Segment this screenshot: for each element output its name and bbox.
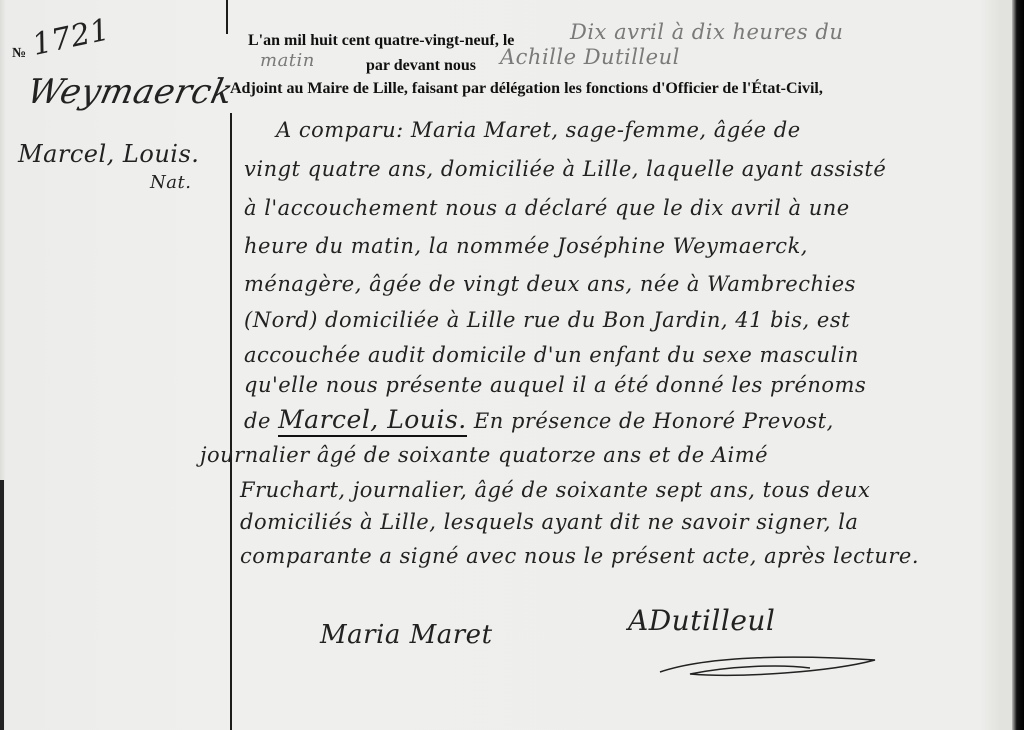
- header-line-1-printed: L'an mil huit cent quatre-vingt-neuf, le: [248, 32, 514, 50]
- body-line-8: qu'elle nous présente auquel il a été do…: [244, 373, 866, 397]
- body-line-2: vingt quatre ans, domiciliée à Lille, la…: [244, 157, 886, 181]
- body-line-3: à l'accouchement nous a déclaré que le d…: [244, 196, 850, 220]
- body-line-12: domiciliés à Lille, lesquels ayant dit n…: [240, 510, 858, 534]
- body-line-4: heure du matin, la nommée Joséphine Weym…: [244, 234, 808, 258]
- body-line-13: comparante a signé avec nous le présent …: [240, 544, 919, 568]
- signature-witness: Maria Maret: [320, 620, 493, 650]
- body-line-5: ménagère, âgée de vingt deux ans, née à …: [244, 272, 856, 296]
- header-line-1-handwritten: Dix avril à dix heures du: [570, 20, 843, 44]
- margin-rule-top: [226, 0, 228, 34]
- record-number: 1721: [29, 12, 113, 63]
- body-line-9-prefix: de: [244, 409, 271, 433]
- header-line-2-printed: par devant nous: [366, 57, 476, 75]
- body-line-6: (Nord) domiciliée à Lille rue du Bon Jar…: [244, 308, 850, 332]
- body-line-7: accouchée audit domicile d'un enfant du …: [244, 343, 859, 367]
- header-official-name: Achille Dutilleul: [500, 45, 680, 69]
- signature-flourish-icon: [650, 650, 880, 680]
- civil-register-page: № 1721 Weymaerck Marcel, Louis. Nat. L'a…: [0, 0, 1024, 730]
- body-line-10: journalier âgé de soixante quatorze ans …: [200, 443, 768, 467]
- signature-officer: ADutilleul: [628, 604, 775, 637]
- number-label: №: [12, 46, 26, 62]
- margin-surname: Weymaerck: [24, 72, 237, 112]
- header-line-3-printed: Adjoint au Maire de Lille, faisant par d…: [230, 80, 823, 98]
- body-line-9: de Marcel, Louis. En présence de Honoré …: [244, 405, 834, 434]
- margin-note: Nat.: [150, 172, 191, 193]
- margin-rule: [230, 113, 232, 730]
- page-binding-edge-left: [0, 480, 4, 730]
- body-line-1: A comparu: Maria Maret, sage-femme, âgée…: [276, 118, 801, 142]
- page-binding-edge-right: [1012, 0, 1024, 730]
- body-line-9-suffix: En présence de Honoré Prevost,: [474, 409, 834, 433]
- child-names: Marcel, Louis.: [278, 405, 467, 437]
- margin-given-names: Marcel, Louis.: [18, 140, 199, 168]
- header-line-2-handwritten-time: matin: [260, 50, 315, 71]
- body-line-11: Fruchart, journalier, âgé de soixante se…: [240, 478, 870, 502]
